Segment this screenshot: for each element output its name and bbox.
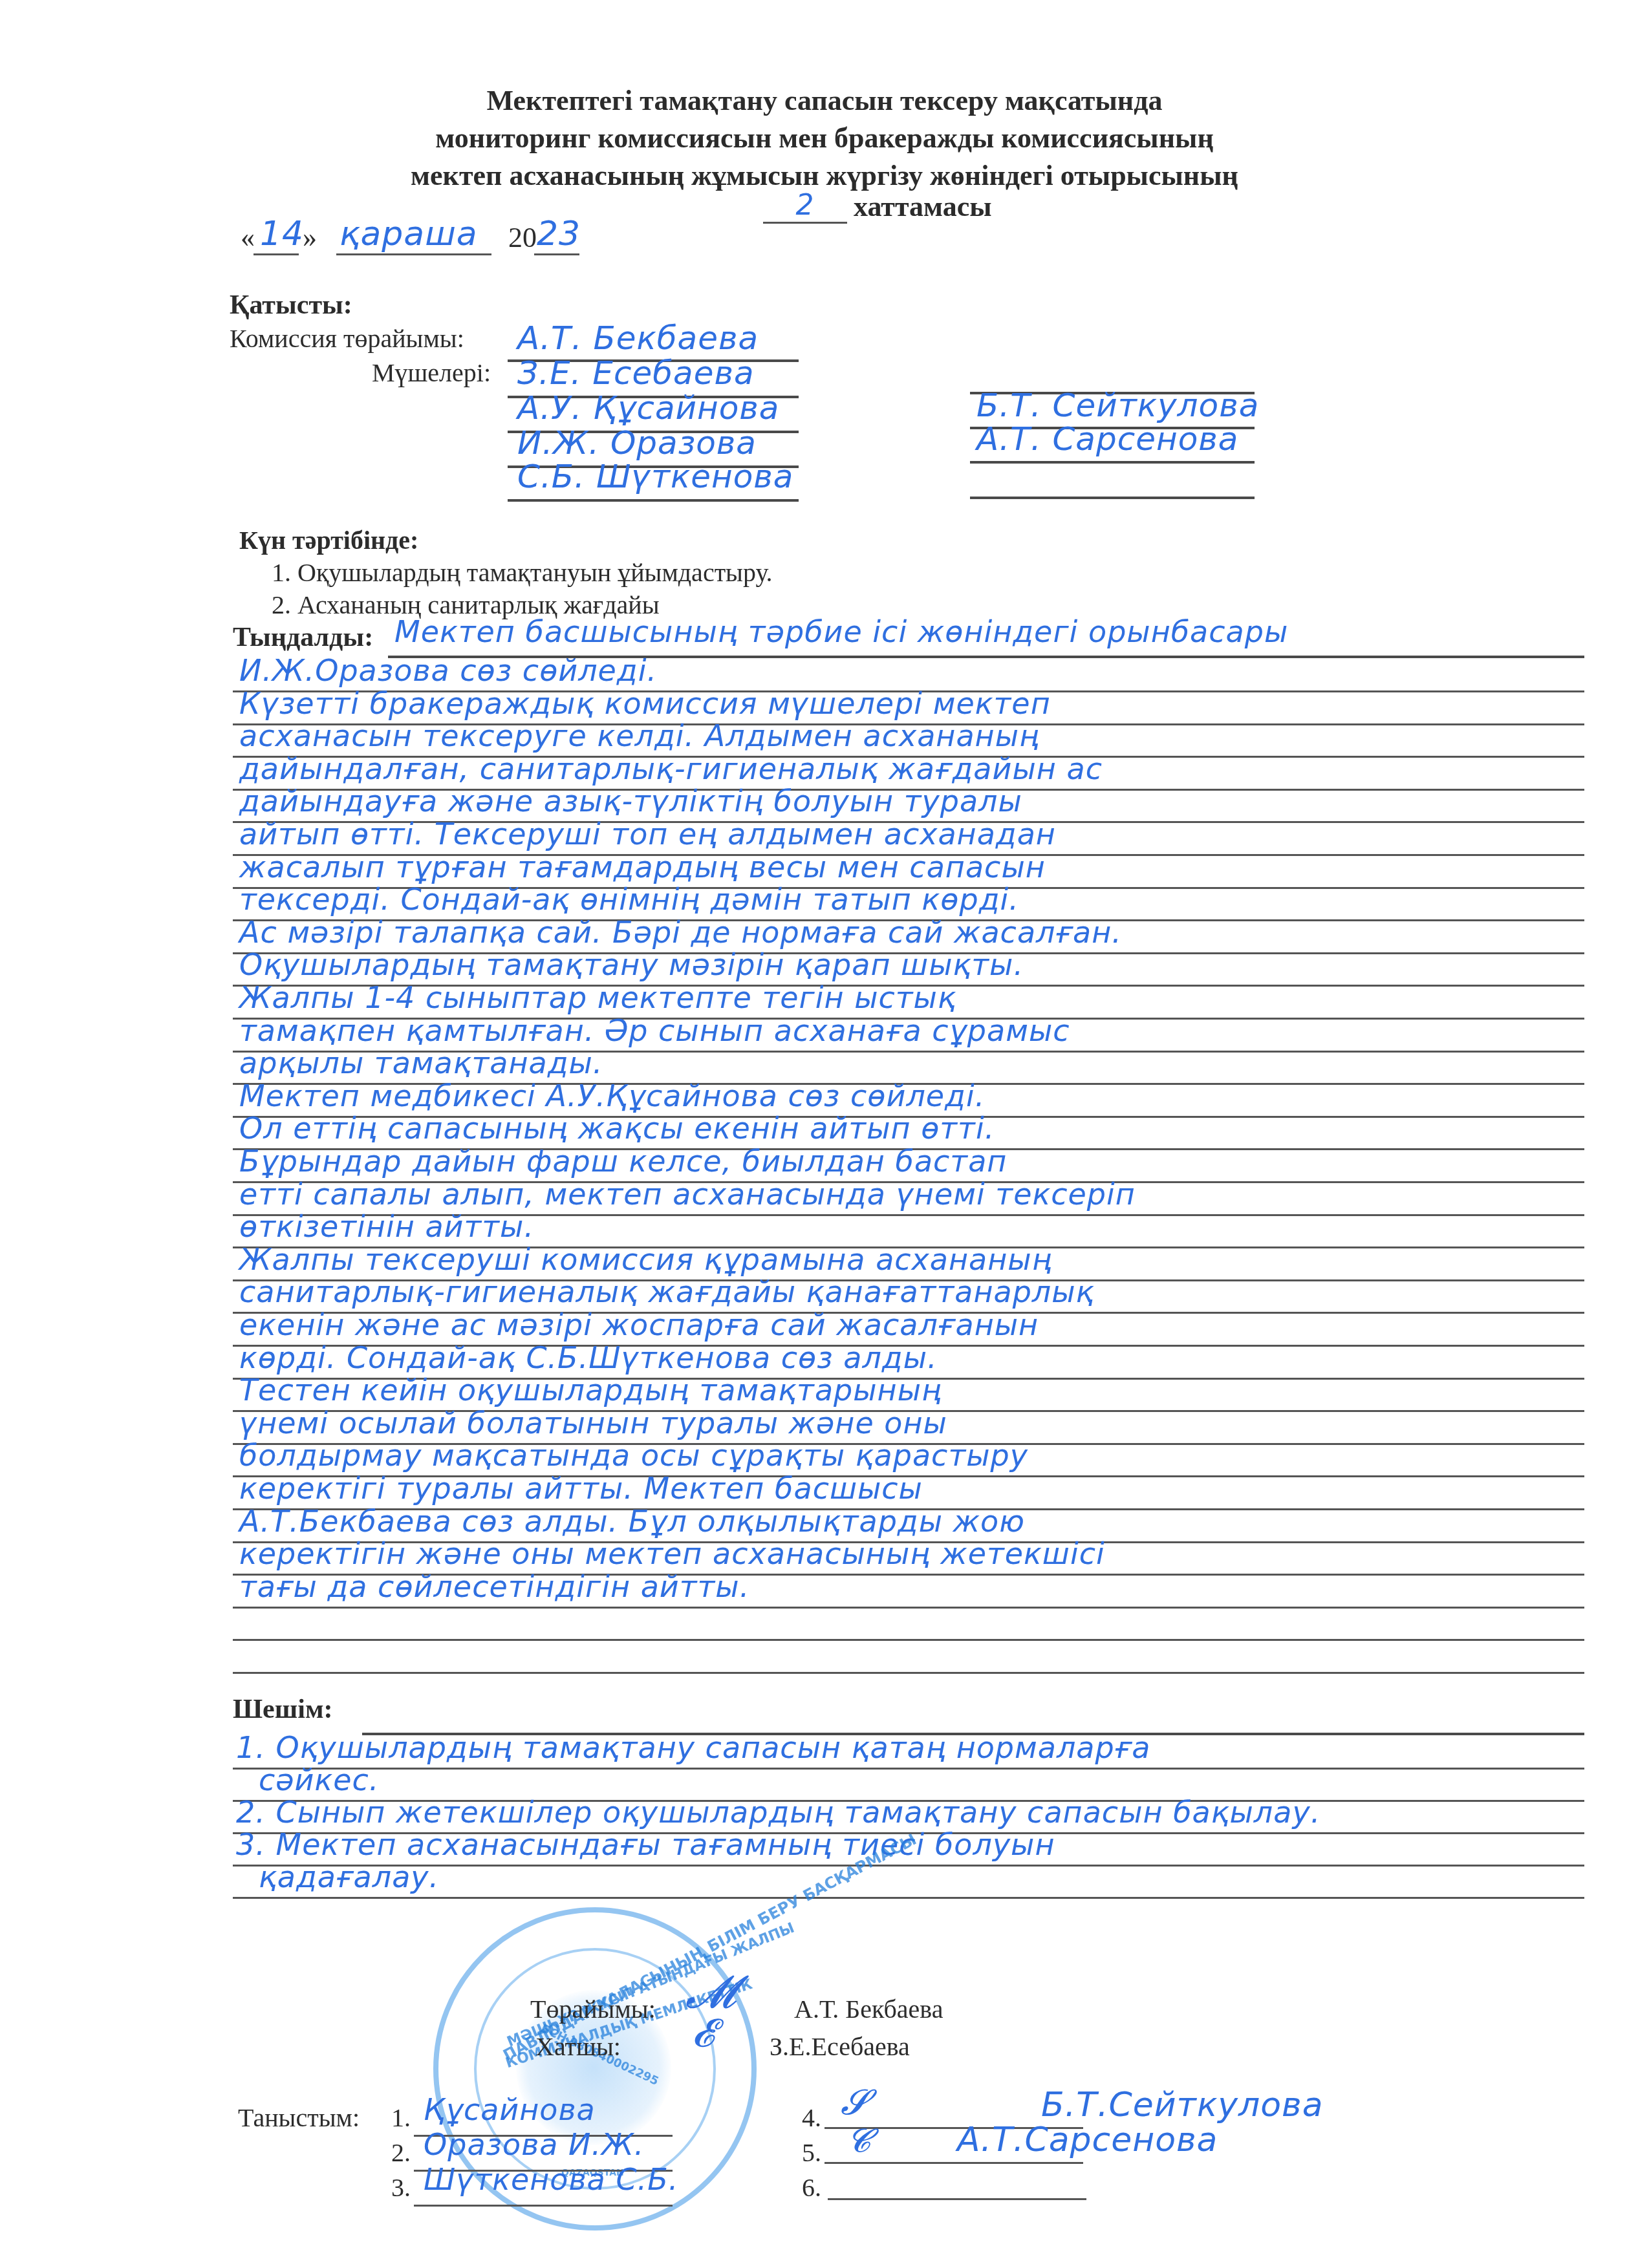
decision-line: 1. Оқушылардың тамақтану сапасын қатаң н…: [236, 1730, 1151, 1765]
decision-line-rule: [233, 1897, 1584, 1899]
attendance-heading: Қатысты:: [230, 290, 352, 321]
member-left-2: А.У. Құсайнова: [517, 389, 779, 427]
heard-line-rule: [233, 1639, 1584, 1641]
ack-right-4-signature: Б.Т.Сейткулова: [1041, 2086, 1324, 2124]
ack-left-2-signature: Оразова И.Ж.: [424, 2127, 644, 2162]
protocol-label: хаттамасы: [854, 189, 992, 225]
signature-secretary-name: З.Е.Есебаева: [770, 2031, 910, 2062]
heard-line: санитарлық-гигиеналық жағдайы қанағаттан…: [239, 1274, 1094, 1309]
signature-secretary-label: Хатшы:: [535, 2031, 621, 2062]
heard-line: дайындауға және азық-түліктің болуын тур…: [239, 784, 1022, 818]
ack-right-6-underline: [828, 2198, 1086, 2200]
heard-line: Ол еттің сапасының жақсы екенін айтып өт…: [239, 1111, 995, 1146]
heard-line: Күзетті бракераждық комиссия мүшелері ме…: [239, 686, 1051, 721]
date-year-suffix: 23: [537, 215, 581, 253]
chair-label: Комиссия төрайымы:: [230, 323, 464, 354]
heard-line: үнемі осылай болатынын туралы және оны: [239, 1406, 947, 1440]
document-title-line-2: мониторинг комиссиясын мен бракеражды ко…: [0, 120, 1649, 156]
heard-line: Тестен кейін оқушылардың тамақтарының: [239, 1373, 942, 1407]
heard-line: өткізетінін айтты.: [239, 1209, 534, 1244]
secretary-signature-mark: 𝓔: [692, 2011, 714, 2056]
ack-right-6-num: 6.: [802, 2172, 821, 2203]
heard-line: етті сапалы алып, мектеп асханасында үне…: [239, 1177, 1136, 1212]
heard-line: болдырмау мақсатында осы сұрақты қарасты…: [239, 1438, 1028, 1473]
ack-left-3-signature: Шүткенова С.Б.: [424, 2162, 678, 2197]
member-left-4: С.Б. Шүткенова: [517, 458, 793, 495]
protocol-number: 2: [796, 189, 815, 222]
date-month-underline: [336, 253, 491, 255]
heard-line: Жалпы тексеруші комиссия құрамына асхана…: [239, 1242, 1052, 1277]
date-year-underline: [534, 253, 579, 255]
protocol-number-field: 2: [763, 189, 847, 222]
heard-line: Мектеп медбикесі А.У.Құсайнова сөз сөйле…: [239, 1078, 985, 1113]
heard-line: тамақпен қамтылған. Әр сынып асханаға сұ…: [239, 1013, 1070, 1048]
member-left-3: И.Ж. Оразова: [517, 424, 757, 462]
ack-right-5-underline: [824, 2162, 1083, 2164]
agenda-heading: Күн тәртібінде:: [239, 525, 418, 555]
signature-chair-label: Төрайымы:: [530, 1994, 656, 2024]
member-right-3: А.Т. Сарсенова: [976, 420, 1238, 458]
heard-line: А.Т.Бекбаева сөз алды. Бұл олқылықтарды …: [239, 1504, 1025, 1539]
ack-left-3-underline: [414, 2205, 673, 2207]
date-close-quote: »: [303, 221, 317, 254]
ack-right-5-num: 5.: [802, 2137, 821, 2168]
document-title-line-1: Мектептегі тамақтану сапасын тексеру мақ…: [0, 83, 1649, 119]
ack-right-4-num: 4.: [802, 2102, 821, 2133]
heard-line: екенін және ас мәзірі жоспарға сай жасал…: [239, 1307, 1039, 1342]
heard-line: арқылы тамақтанады.: [239, 1045, 603, 1080]
decision-label: Шешім:: [233, 1694, 333, 1725]
decision-line: 2. Сынып жетекшілер оқушылардың тамақтан…: [236, 1795, 1320, 1830]
member-left-1: З.Е. Есебаева: [517, 354, 755, 392]
member-right-3-underline: [970, 461, 1255, 464]
ack-right-5-signature: А.Т.Сарсенова: [957, 2121, 1218, 2159]
heard-line: керектігі туралы айтты. Мектеп басшысы: [239, 1471, 923, 1506]
heard-line: тағы да сөйлесетіндігін айтты.: [239, 1569, 749, 1604]
date-open-quote: «: [241, 221, 255, 254]
member-left-4-underline: [508, 499, 799, 502]
heard-line: дайындалған, санитарлық-гигиеналық жағда…: [239, 751, 1103, 786]
decision-line: сәйкес.: [259, 1762, 380, 1797]
heard-line: тексерді. Сондай-ақ өнімнің дәмін татып …: [239, 882, 1019, 917]
ack-left-1-signature: Құсайнова: [424, 2092, 596, 2127]
members-label: Мүшелері:: [372, 358, 491, 388]
heard-line-rule: [233, 1607, 1584, 1609]
ack-left-1-num: 1.: [391, 2102, 411, 2133]
heard-label: Тыңдалды:: [233, 622, 373, 653]
protocol-number-underline: [763, 222, 847, 224]
heard-line: керектігін және оны мектеп асханасының ж…: [239, 1536, 1105, 1571]
date-year-prefix: 20: [508, 221, 537, 254]
agenda-item-1: 1. Оқушылардың тамақтануын ұйымдастыру.: [272, 557, 772, 588]
heard-line: И.Ж.Оразова сөз сөйледі.: [239, 653, 657, 688]
heard-line: көрді. Сондай-ақ С.Б.Шүткенова сөз алды.: [239, 1340, 938, 1375]
member-right-2: Б.Т. Сейткулова: [976, 387, 1259, 424]
heard-line: Жалпы 1-4 сыныптар мектепте тегін ыстық: [239, 980, 956, 1015]
decision-line: қадағалау.: [259, 1859, 439, 1894]
heard-line: Оқушылардың тамақтану мәзірін қарап шықт…: [239, 947, 1024, 982]
ack-right-4-mark: 𝓢: [841, 2082, 868, 2123]
member-right-4-underline: [970, 497, 1255, 499]
decision-line-rule: [233, 1768, 1584, 1770]
heard-line: айтып өтті. Тексеруші топ ең алдымен асх…: [239, 817, 1056, 851]
decision-line: 3. Мектеп асханасындағы тағамның тиесі б…: [236, 1827, 1055, 1862]
ack-right-5-mark: 𝓒: [847, 2122, 870, 2160]
heard-line-rule: [233, 1672, 1584, 1674]
heard-line: Ас мәзірі талапқа сай. Бәрі де нормаға с…: [239, 915, 1122, 950]
date-day-underline: [253, 253, 299, 255]
heard-line: жасалып тұрған тағамдардың весы мен сапа…: [239, 850, 1046, 884]
ack-left-3-num: 3.: [391, 2172, 411, 2203]
heard-line: асханасын тексеруге келді. Алдымен асхан…: [239, 718, 1039, 753]
date-month: қараша: [339, 215, 478, 253]
heard-line: Мектеп басшысының тәрбие ісі жөніндегі о…: [394, 614, 1288, 649]
ack-left-2-num: 2.: [391, 2137, 411, 2168]
signature-chair-name: А.Т. Бекбаева: [794, 1994, 943, 2024]
chair-name: А.Т. Бекбаева: [517, 319, 759, 357]
heard-line: Бұрындар дайын фарш келсе, биылдан баста…: [239, 1144, 1007, 1179]
date-day: 14: [260, 215, 304, 253]
acknowledged-label: Таныстым:: [238, 2102, 360, 2133]
